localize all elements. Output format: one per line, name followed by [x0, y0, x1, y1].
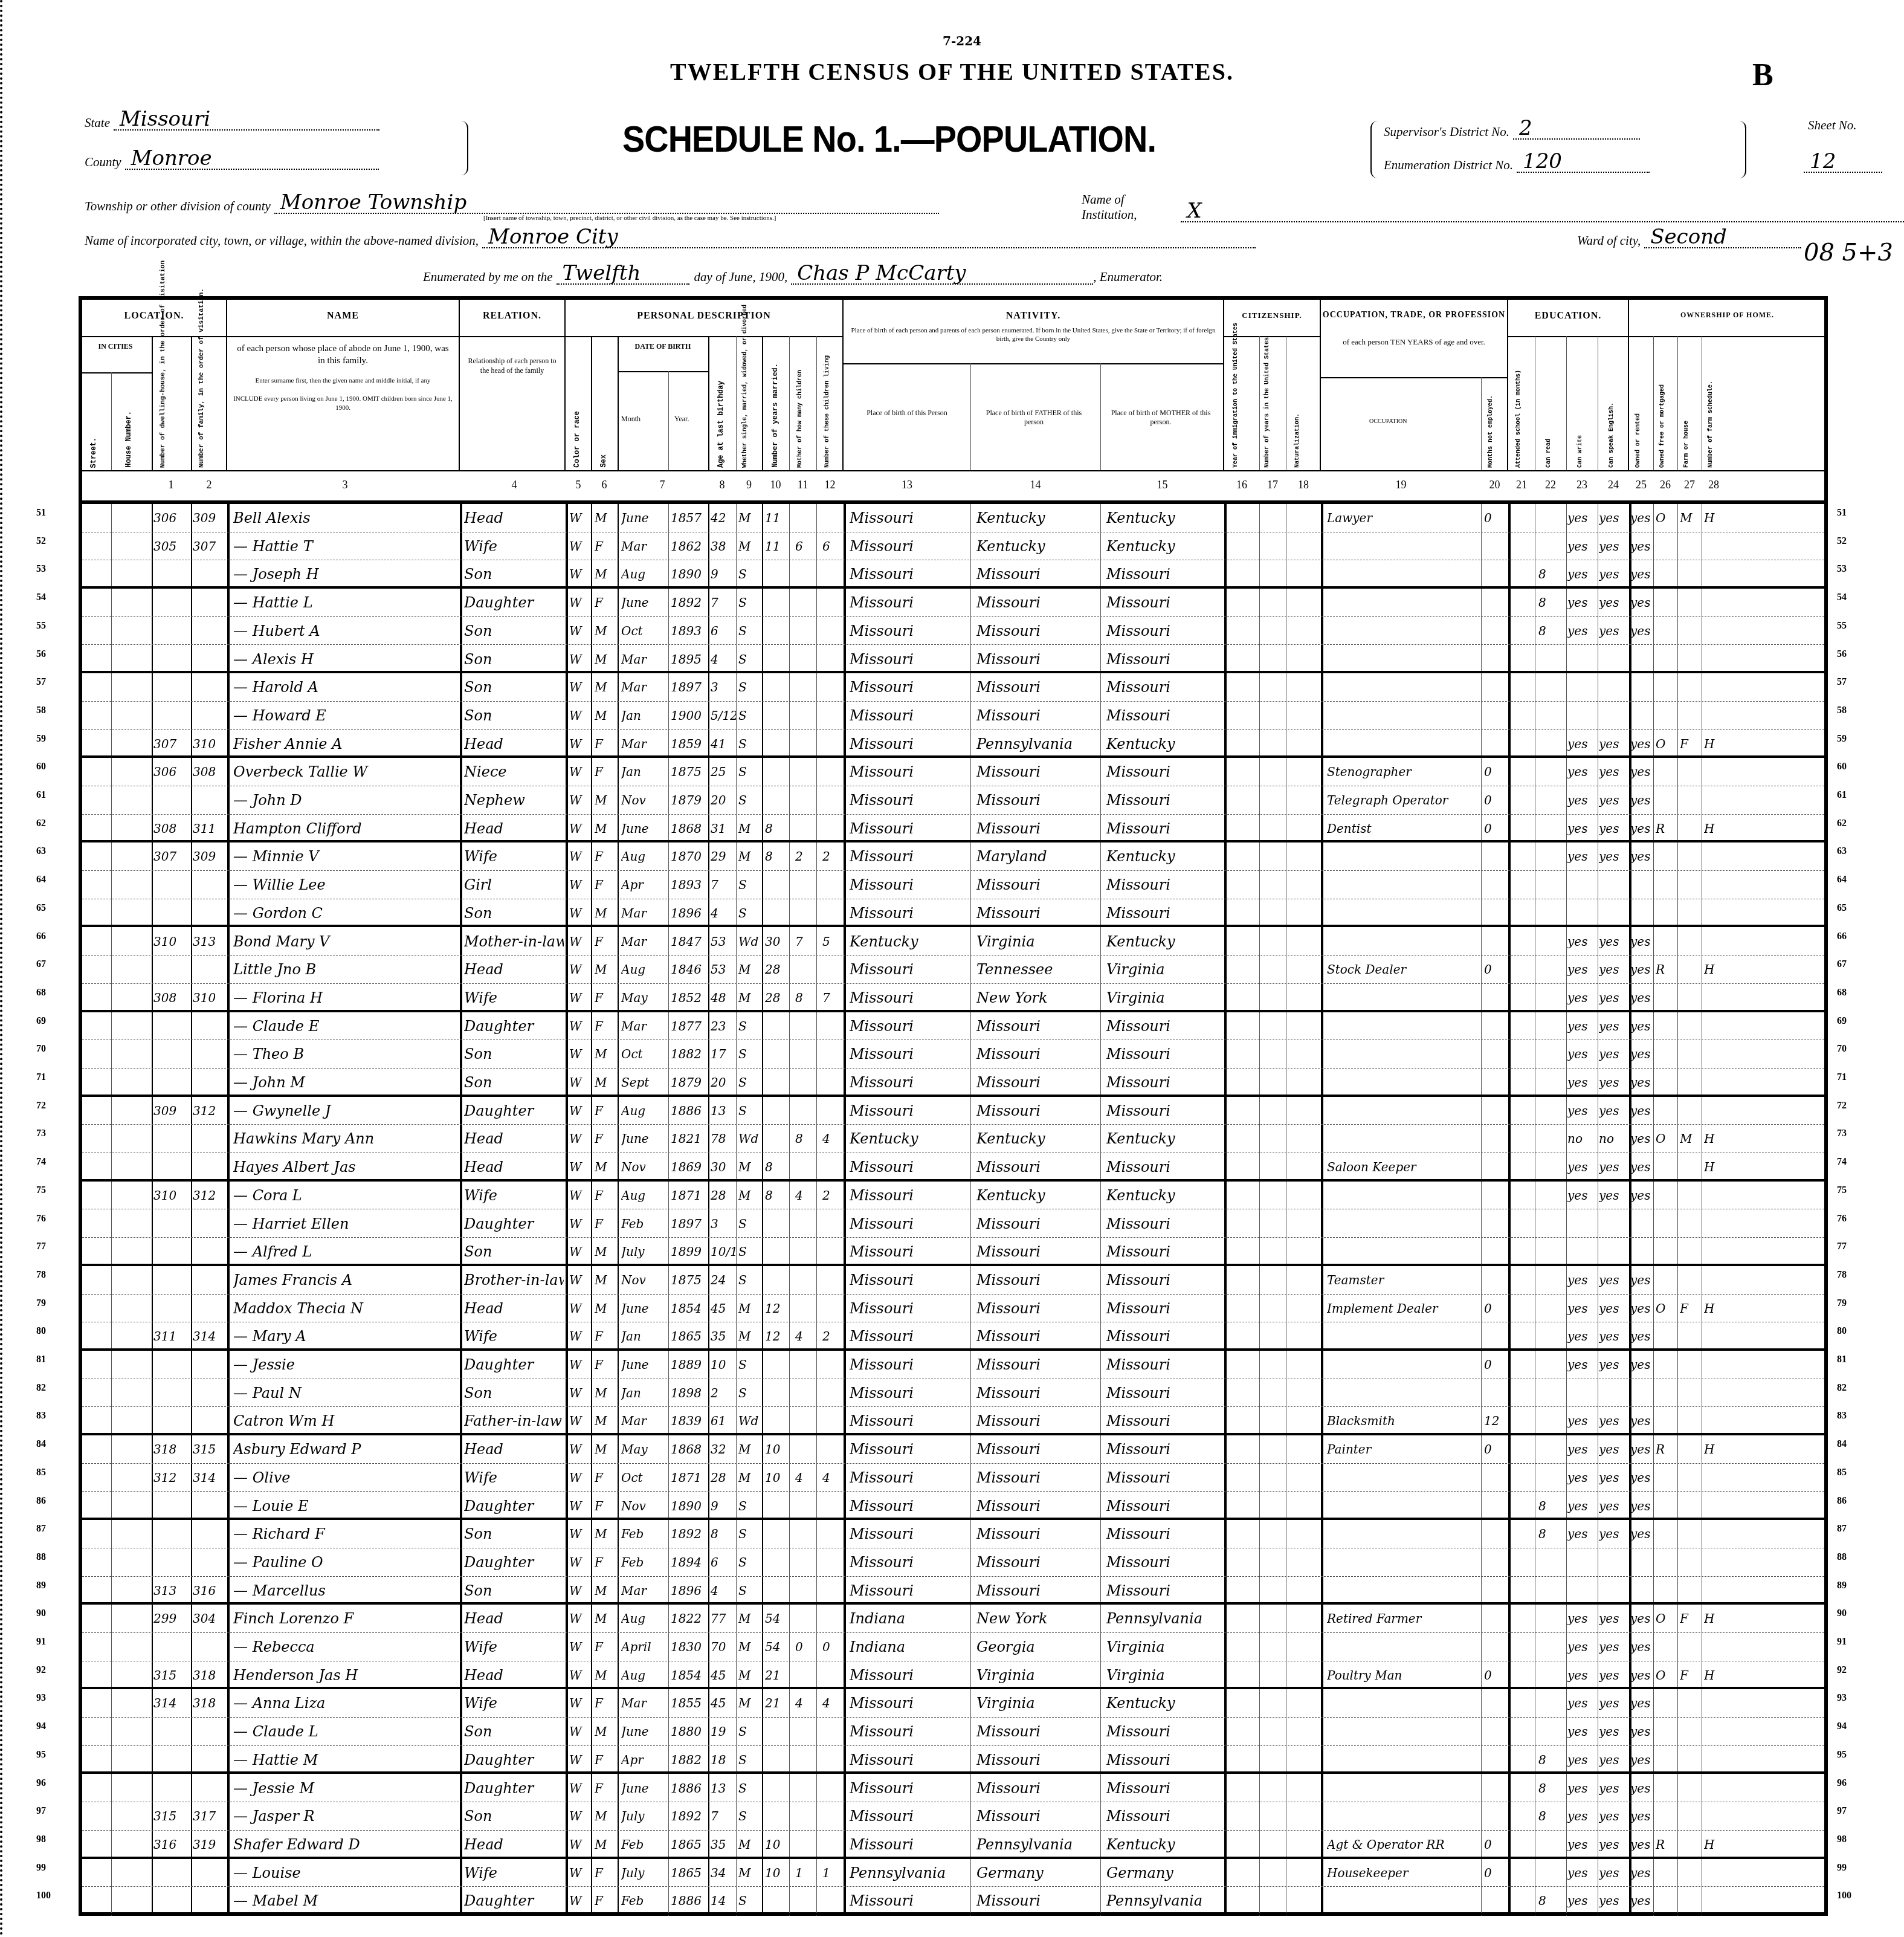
- mother-of-children: 8: [795, 1127, 815, 1150]
- age: 45: [711, 1664, 736, 1687]
- sex: M: [595, 1240, 616, 1263]
- can-speak-english: yes: [1630, 1466, 1653, 1489]
- person-name: — Louie E: [233, 1495, 457, 1518]
- line-number: 91: [1837, 1637, 1847, 1648]
- can-read: yes: [1567, 1495, 1598, 1518]
- relation: Head: [464, 1607, 564, 1630]
- township-field: Township or other division of county Mon…: [85, 192, 939, 214]
- can-write: yes: [1599, 1805, 1629, 1828]
- attended-school: 8: [1538, 1777, 1565, 1800]
- birth-month: Mar: [621, 1692, 667, 1715]
- line-number: 77: [1837, 1241, 1847, 1252]
- can-speak-english: yes: [1630, 817, 1653, 840]
- marital-status: M: [738, 1325, 761, 1348]
- mother-birthplace: Missouri: [1106, 676, 1222, 699]
- table-row: Little Jno B Head W M Aug 1846 53 M 28 M…: [82, 956, 1824, 984]
- sex: M: [595, 1043, 616, 1066]
- birth-year: 1882: [671, 1043, 707, 1066]
- header-in-cities: IN CITIES: [82, 342, 149, 351]
- relation: Son: [464, 1720, 564, 1743]
- table-row: 305 307 — Hattie T Wife W F Mar 1862 38 …: [82, 532, 1824, 561]
- farm-house: H: [1704, 817, 1725, 840]
- mother-birthplace: Missouri: [1106, 1382, 1222, 1405]
- birth-year: 1854: [671, 1297, 707, 1320]
- line-number: 80: [1837, 1326, 1847, 1337]
- person-name: Finch Lorenzo F: [233, 1607, 457, 1630]
- corner-note: 08 5+3: [1804, 239, 1893, 267]
- line-number: 62: [1837, 818, 1847, 829]
- person-name: Fisher Annie A: [233, 732, 457, 755]
- father-birthplace: Tennessee: [976, 958, 1099, 981]
- marital-status: M: [738, 1692, 761, 1715]
- line-number: 81: [1837, 1354, 1847, 1365]
- table-row: — Hattie M Daughter W F Apr 1882 18 S Mi…: [82, 1746, 1824, 1774]
- form-number: 7-224: [943, 34, 981, 48]
- can-speak-english: yes: [1630, 1269, 1653, 1292]
- birth-year: 1857: [671, 506, 707, 529]
- can-speak-english: yes: [1630, 1495, 1653, 1518]
- color: W: [569, 1240, 590, 1263]
- age: 35: [711, 1833, 736, 1856]
- sex: F: [595, 986, 616, 1009]
- line-number: 75: [1837, 1185, 1847, 1196]
- can-speak-english: yes: [1630, 986, 1653, 1009]
- table-row: — John D Nephew W M Nov 1879 20 S Missou…: [82, 786, 1824, 815]
- person-name: Hampton Clifford: [233, 817, 457, 840]
- can-write: yes: [1599, 1438, 1629, 1461]
- person-name: Maddox Thecia N: [233, 1297, 457, 1320]
- color: W: [569, 1438, 590, 1461]
- family-number: 316: [193, 1579, 227, 1602]
- birth-month: Mar: [621, 930, 667, 953]
- farm-house: H: [1704, 1607, 1725, 1630]
- line-number: 89: [1837, 1580, 1847, 1591]
- line-number: 87: [36, 1524, 46, 1534]
- birth-month: Mar: [621, 1579, 667, 1602]
- can-read: yes: [1567, 1833, 1598, 1856]
- age: 13: [711, 1777, 736, 1800]
- sex: M: [595, 506, 616, 529]
- table-row: — Gordon C Son W M Mar 1896 4 S Missouri…: [82, 899, 1824, 928]
- birth-year: 1892: [671, 1805, 707, 1828]
- can-write: yes: [1599, 1833, 1629, 1856]
- marital-status: S: [738, 591, 761, 614]
- birth-year: 1892: [671, 1522, 707, 1545]
- birth-month: Sept: [621, 1071, 667, 1094]
- can-speak-english: yes: [1630, 732, 1653, 755]
- birthplace: Missouri: [850, 817, 969, 840]
- color: W: [569, 1071, 590, 1094]
- attended-school: 8: [1538, 1495, 1565, 1518]
- birth-year: 1870: [671, 845, 707, 868]
- line-number: 87: [1837, 1524, 1847, 1534]
- birthplace: Missouri: [850, 1043, 969, 1066]
- birth-month: June: [621, 1127, 667, 1150]
- can-read: yes: [1567, 817, 1598, 840]
- line-number: 75: [36, 1185, 46, 1196]
- line-number: 96: [36, 1778, 46, 1789]
- can-write: yes: [1599, 1409, 1629, 1432]
- age: 34: [711, 1861, 736, 1884]
- mother-birthplace: Missouri: [1106, 1805, 1222, 1828]
- table-row: — Claude E Daughter W F Mar 1877 23 S Mi…: [82, 1012, 1824, 1041]
- father-birthplace: Germany: [976, 1861, 1099, 1884]
- birth-year: 1821: [671, 1127, 707, 1150]
- sex: M: [595, 1607, 616, 1630]
- can-speak-english: yes: [1630, 1438, 1653, 1461]
- mother-birthplace: Missouri: [1106, 902, 1222, 925]
- father-birthplace: Missouri: [976, 591, 1099, 614]
- relation: Head: [464, 958, 564, 981]
- person-name: — Olive: [233, 1466, 457, 1489]
- birth-year: 1893: [671, 619, 707, 642]
- birth-month: Feb: [621, 1522, 667, 1545]
- header-citizenship: CITIZENSHIP. Year of immigration to the …: [1224, 300, 1321, 470]
- attended-school: 8: [1538, 591, 1565, 614]
- can-speak-english: yes: [1630, 930, 1653, 953]
- birth-month: Nov: [621, 1269, 667, 1292]
- table-row: 313 316 — Marcellus Son W M Mar 1896 4 S…: [82, 1577, 1824, 1605]
- marital-status: S: [738, 1240, 761, 1263]
- table-row: — Pauline O Daughter W F Feb 1894 6 S Mi…: [82, 1548, 1824, 1577]
- birth-year: 1869: [671, 1156, 707, 1179]
- color: W: [569, 1495, 590, 1518]
- mother-birthplace: Pennsylvania: [1106, 1889, 1222, 1912]
- mother-birthplace: Missouri: [1106, 817, 1222, 840]
- person-name: — Anna Liza: [233, 1692, 457, 1715]
- line-number: 81: [36, 1354, 46, 1365]
- table-row: — Harold A Son W M Mar 1897 3 S Missouri…: [82, 673, 1824, 702]
- color: W: [569, 1720, 590, 1743]
- person-name: Bell Alexis: [233, 506, 457, 529]
- birthplace: Missouri: [850, 1438, 969, 1461]
- years-married: 54: [765, 1607, 788, 1630]
- ward-value: Second: [1644, 227, 1801, 248]
- can-write: yes: [1599, 1607, 1629, 1630]
- line-number: 55: [1837, 621, 1847, 632]
- mother-birthplace: Kentucky: [1106, 930, 1222, 953]
- birth-year: 1893: [671, 873, 707, 896]
- marital-status: M: [738, 535, 761, 558]
- can-speak-english: yes: [1630, 1015, 1653, 1038]
- father-birthplace: Missouri: [976, 1156, 1099, 1179]
- table-row: — John M Son W M Sept 1879 20 S Missouri…: [82, 1069, 1824, 1097]
- color: W: [569, 1805, 590, 1828]
- father-birthplace: Missouri: [976, 1353, 1099, 1376]
- children-living: 4: [822, 1466, 842, 1489]
- color: W: [569, 1043, 590, 1066]
- birth-year: 1896: [671, 902, 707, 925]
- free-mortgaged: F: [1680, 1607, 1700, 1630]
- person-name: Catron Wm H: [233, 1409, 457, 1432]
- table-row: — Alfred L Son W M July 1899 10/12 S Mis…: [82, 1238, 1824, 1266]
- color: W: [569, 1522, 590, 1545]
- header-nativity: NATIVITY. Place of birth of each person …: [844, 300, 1224, 470]
- can-read: yes: [1567, 506, 1598, 529]
- age: 7: [711, 873, 736, 896]
- person-name: Bond Mary V: [233, 930, 457, 953]
- marital-status: S: [738, 873, 761, 896]
- mother-birthplace: Missouri: [1106, 1269, 1222, 1292]
- free-mortgaged: M: [1680, 506, 1700, 529]
- birthplace: Missouri: [850, 958, 969, 981]
- can-read: yes: [1567, 1409, 1598, 1432]
- color: W: [569, 1692, 590, 1715]
- months-unemployed: 0: [1484, 789, 1507, 812]
- line-number: 100: [36, 1890, 51, 1901]
- relation: Wife: [464, 1861, 564, 1884]
- years-married: 8: [765, 1156, 788, 1179]
- mother-birthplace: Kentucky: [1106, 535, 1222, 558]
- years-married: 12: [765, 1297, 788, 1320]
- sex: F: [595, 845, 616, 868]
- line-number: 58: [1837, 705, 1847, 716]
- farm-house: H: [1704, 1127, 1725, 1150]
- father-birthplace: Pennsylvania: [976, 1833, 1099, 1856]
- birthplace: Missouri: [850, 1551, 969, 1574]
- relation: Head: [464, 1833, 564, 1856]
- table-row: 299 304 Finch Lorenzo F Head W M Aug 182…: [82, 1605, 1824, 1633]
- age: 7: [711, 1805, 736, 1828]
- line-number: 100: [1837, 1890, 1851, 1901]
- line-number: 70: [36, 1044, 46, 1055]
- months-unemployed: 0: [1484, 1833, 1507, 1856]
- birth-month: Jan: [621, 1382, 667, 1405]
- marital-status: M: [738, 1861, 761, 1884]
- birth-month: Feb: [621, 1889, 667, 1912]
- sex: F: [595, 873, 616, 896]
- can-speak-english: yes: [1630, 1353, 1653, 1376]
- birth-year: 1846: [671, 958, 707, 981]
- color: W: [569, 1466, 590, 1489]
- relation: Daughter: [464, 1212, 564, 1235]
- birthplace: Missouri: [850, 619, 969, 642]
- age: 6: [711, 619, 736, 642]
- line-number: 86: [36, 1496, 46, 1507]
- line-number: 51: [1837, 508, 1847, 519]
- age: 3: [711, 1212, 736, 1235]
- line-number: 99: [1837, 1863, 1847, 1874]
- birth-year: 1890: [671, 1495, 707, 1518]
- birthplace: Missouri: [850, 1382, 969, 1405]
- father-birthplace: Missouri: [976, 704, 1099, 727]
- dwelling-number: 305: [153, 535, 190, 558]
- table-row: 314 318 — Anna Liza Wife W F Mar 1855 45…: [82, 1689, 1824, 1718]
- birth-month: June: [621, 506, 667, 529]
- header-education: EDUCATION. Attended school (in months) C…: [1508, 300, 1629, 470]
- mother-birthplace: Missouri: [1106, 591, 1222, 614]
- line-number: 64: [1837, 875, 1847, 885]
- birth-year: 1865: [671, 1833, 707, 1856]
- birth-month: Nov: [621, 789, 667, 812]
- can-read: yes: [1567, 1353, 1598, 1376]
- sheet-no-value: 12: [1804, 151, 1882, 173]
- mother-birthplace: Missouri: [1106, 1325, 1222, 1348]
- line-number: 89: [36, 1580, 46, 1591]
- color: W: [569, 1607, 590, 1630]
- owned-rented: R: [1656, 1438, 1676, 1461]
- birth-month: Oct: [621, 1466, 667, 1489]
- owned-rented: O: [1656, 1664, 1676, 1687]
- color: W: [569, 873, 590, 896]
- mother-birthplace: Virginia: [1106, 986, 1222, 1009]
- can-write: yes: [1599, 1889, 1629, 1912]
- birthplace: Missouri: [850, 1777, 969, 1800]
- marital-status: Wd: [738, 1127, 761, 1150]
- table-row: — Richard F Son W M Feb 1892 8 S Missour…: [82, 1520, 1824, 1548]
- supervisor-district-field: Supervisor's District No. 2: [1384, 118, 1640, 140]
- can-write: yes: [1599, 1043, 1629, 1066]
- mother-birthplace: Kentucky: [1106, 845, 1222, 868]
- sex: F: [595, 1748, 616, 1771]
- occupation: Stenographer: [1327, 760, 1479, 783]
- father-birthplace: Kentucky: [976, 1127, 1099, 1150]
- birth-month: Aug: [621, 1184, 667, 1207]
- owned-rented: O: [1656, 1607, 1676, 1630]
- marital-status: S: [738, 563, 761, 586]
- birth-month: June: [621, 1720, 667, 1743]
- can-write: yes: [1599, 1720, 1629, 1743]
- marital-status: S: [738, 1382, 761, 1405]
- mother-birthplace: Missouri: [1106, 1720, 1222, 1743]
- birthplace: Missouri: [850, 1071, 969, 1094]
- age: 18: [711, 1748, 736, 1771]
- table-row: — Jessie M Daughter W F June 1886 13 S M…: [82, 1774, 1824, 1803]
- relation: Father-in-law: [464, 1409, 564, 1432]
- mother-birthplace: Missouri: [1106, 1015, 1222, 1038]
- page-edge: [0, 0, 7, 1937]
- can-write: yes: [1599, 506, 1629, 529]
- birthplace: Kentucky: [850, 1127, 969, 1150]
- marital-status: M: [738, 1184, 761, 1207]
- birth-month: June: [621, 1297, 667, 1320]
- mother-birthplace: Missouri: [1106, 619, 1222, 642]
- father-birthplace: Missouri: [976, 1720, 1099, 1743]
- color: W: [569, 732, 590, 755]
- sex: M: [595, 619, 616, 642]
- mother-birthplace: Missouri: [1106, 1777, 1222, 1800]
- can-write: yes: [1599, 789, 1629, 812]
- enumerated-day: Twelfth: [557, 263, 689, 285]
- table-row: 308 311 Hampton Clifford Head W M June 1…: [82, 815, 1824, 843]
- dwelling-number: 313: [153, 1579, 190, 1602]
- can-read: yes: [1567, 591, 1598, 614]
- family-number: 310: [193, 732, 227, 755]
- birthplace: Missouri: [850, 1720, 969, 1743]
- age: 31: [711, 817, 736, 840]
- relation: Nephew: [464, 789, 564, 812]
- relation: Wife: [464, 986, 564, 1009]
- marital-status: M: [738, 1297, 761, 1320]
- color: W: [569, 930, 590, 953]
- birth-month: Mar: [621, 902, 667, 925]
- father-birthplace: Missouri: [976, 760, 1099, 783]
- line-number: 88: [1837, 1552, 1847, 1563]
- marital-status: S: [738, 1212, 761, 1235]
- birth-year: 1900: [671, 704, 707, 727]
- marital-status: M: [738, 1466, 761, 1489]
- mother-birthplace: Missouri: [1106, 1353, 1222, 1376]
- color: W: [569, 1664, 590, 1687]
- population-table: LOCATION. IN CITIES Street. House Number…: [79, 296, 1828, 1916]
- table-row: 306 308 Overbeck Tallie W Niece W F Jan …: [82, 758, 1824, 786]
- father-birthplace: Missouri: [976, 563, 1099, 586]
- marital-status: M: [738, 817, 761, 840]
- table-row: 318 315 Asbury Edward P Head W M May 186…: [82, 1435, 1824, 1464]
- attended-school: 8: [1538, 619, 1565, 642]
- can-write: yes: [1599, 1269, 1629, 1292]
- father-birthplace: Missouri: [976, 1409, 1099, 1432]
- family-number: 311: [193, 817, 227, 840]
- sex: M: [595, 563, 616, 586]
- birthplace: Missouri: [850, 1579, 969, 1602]
- can-speak-english: yes: [1630, 1071, 1653, 1094]
- father-birthplace: Missouri: [976, 1015, 1099, 1038]
- marital-status: S: [738, 1015, 761, 1038]
- father-birthplace: Missouri: [976, 1297, 1099, 1320]
- color: W: [569, 817, 590, 840]
- marital-status: S: [738, 676, 761, 699]
- dwelling-number: 318: [153, 1438, 190, 1461]
- sex: F: [595, 1015, 616, 1038]
- relation: Wife: [464, 1692, 564, 1715]
- attended-school: 8: [1538, 1805, 1565, 1828]
- age: 4: [711, 902, 736, 925]
- can-read: yes: [1567, 1466, 1598, 1489]
- marital-status: S: [738, 1720, 761, 1743]
- dwelling-number: 312: [153, 1466, 190, 1489]
- relation: Son: [464, 902, 564, 925]
- institution-value: X: [1181, 201, 1904, 222]
- father-birthplace: Missouri: [976, 1579, 1099, 1602]
- line-number: 53: [36, 564, 46, 575]
- relation: Wife: [464, 1466, 564, 1489]
- birthplace: Missouri: [850, 1692, 969, 1715]
- can-read: yes: [1567, 1071, 1598, 1094]
- years-married: 10: [765, 1833, 788, 1856]
- mother-birthplace: Virginia: [1106, 958, 1222, 981]
- father-birthplace: Missouri: [976, 1212, 1099, 1235]
- marital-status: M: [738, 1833, 761, 1856]
- can-write: no: [1599, 1127, 1629, 1150]
- marital-status: M: [738, 1156, 761, 1179]
- birth-year: 1880: [671, 1720, 707, 1743]
- birthplace: Missouri: [850, 760, 969, 783]
- birth-month: July: [621, 1861, 667, 1884]
- person-name: Overbeck Tallie W: [233, 760, 457, 783]
- can-write: yes: [1599, 817, 1629, 840]
- mother-birthplace: Germany: [1106, 1861, 1222, 1884]
- father-birthplace: Missouri: [976, 1777, 1099, 1800]
- mother-birthplace: Virginia: [1106, 1635, 1222, 1658]
- color: W: [569, 760, 590, 783]
- occupation: Housekeeper: [1327, 1861, 1479, 1884]
- can-speak-english: yes: [1630, 1833, 1653, 1856]
- marital-status: M: [738, 845, 761, 868]
- birth-month: Mar: [621, 1015, 667, 1038]
- relation: Mother-in-law: [464, 930, 564, 953]
- line-number: 57: [36, 677, 46, 688]
- person-name: — Harold A: [233, 676, 457, 699]
- county-value: Monroe: [125, 148, 379, 170]
- color: W: [569, 1748, 590, 1771]
- father-birthplace: Missouri: [976, 817, 1099, 840]
- birthplace: Missouri: [850, 1353, 969, 1376]
- owned-rented: O: [1656, 506, 1676, 529]
- mother-of-children: 1: [795, 1861, 815, 1884]
- sex: M: [595, 1664, 616, 1687]
- mother-birthplace: Kentucky: [1106, 1184, 1222, 1207]
